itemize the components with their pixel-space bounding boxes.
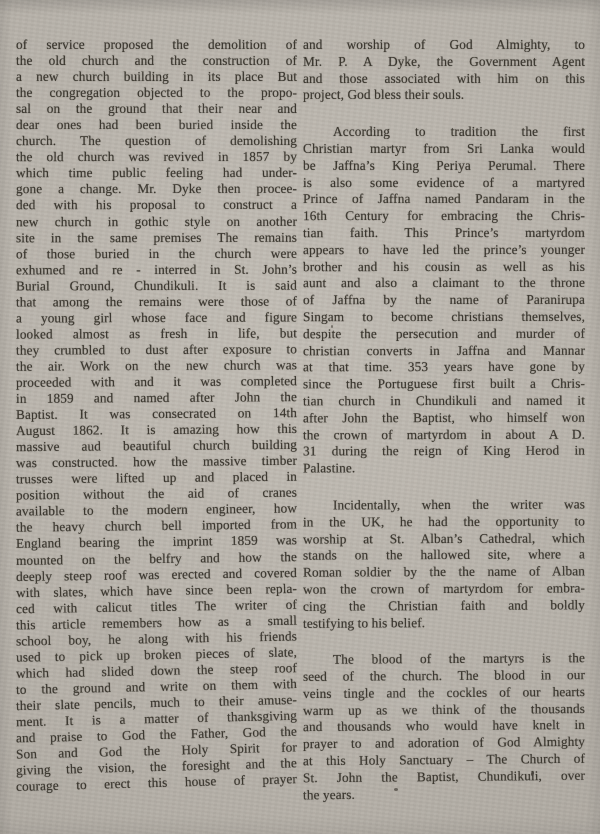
text-line: The blood of the martyrs is the — [303, 650, 585, 669]
text-line: 16th Century for embracing the Chris- — [303, 208, 585, 225]
text-line: stands on the hallowed site, where a — [303, 547, 585, 565]
paragraph: and worship of God Almighty, toMr. P. A … — [303, 37, 585, 104]
text-line: Prince of Jaffna named Pandaram in the — [303, 191, 585, 208]
text-line: seed of the church. The blood in our — [303, 667, 585, 686]
text-line: tian faith. This Prince’s martyrdom — [303, 225, 585, 242]
text-line: exhumed and re - interred in St. John’s — [16, 261, 297, 278]
text-line: project, God bless their souls. — [303, 87, 585, 104]
text-line: Burial Ground, Chundikuli. It is said — [16, 277, 297, 294]
ink-speck — [394, 788, 398, 791]
text-line: of those buried in the church were — [16, 245, 297, 262]
text-line: they crumbled to dust after exposure to — [16, 341, 297, 358]
text-line: brother and his cousin as well as his — [303, 258, 585, 275]
text-line: christian converts in Jaffna and Mannar — [303, 342, 585, 359]
text-line: of Jaffna by the name of Paranirupa — [303, 292, 585, 309]
paragraph: The blood of the martyrs is theseed of t… — [303, 651, 585, 802]
text-line: testifying to his belief. — [303, 614, 585, 632]
text-line: which time public feeling had under- — [16, 165, 297, 181]
text-line: Roman soldier by the the name of Alban — [303, 563, 585, 581]
text-line: since the Portuguese first built a Chris… — [303, 376, 585, 393]
right-column: and worship of God Almighty, toMr. P. A … — [303, 37, 585, 802]
text-line: a new church building in its place But — [16, 69, 297, 85]
text-line: and those associated with him on this — [303, 71, 585, 88]
text-line: 31 during the reign of King Herod in — [303, 443, 585, 461]
text-line: sal on the ground that their near and — [16, 101, 297, 117]
text-line: and worship of God Almighty, to — [303, 37, 585, 54]
text-line: new church in gothic style on another — [16, 213, 297, 229]
text-line: the years. — [303, 784, 585, 804]
text-line: tian church in Chundikuli and named it — [303, 393, 585, 410]
text-line: looked almost as fresh in life, but — [16, 325, 297, 342]
text-line: site in the same premises The remains — [16, 229, 297, 246]
paragraph: According to tradition the firstChristia… — [303, 124, 585, 477]
paragraph: Incidentally, when the writer wasin the … — [303, 497, 585, 631]
text-line: veins tingle and the cockles of our hear… — [303, 684, 585, 703]
text-line: in the UK, he had the opportunity to — [303, 513, 585, 531]
text-line: cing the Christian faith and boldly — [303, 597, 585, 615]
left-column: of service proposed the demolition ofthe… — [16, 37, 297, 791]
text-line: Incidentally, when the writer was — [303, 496, 585, 514]
text-line: ded with his proposal to construct a — [16, 197, 297, 213]
text-line: is also some evidence of a martyred — [303, 175, 585, 192]
ink-speck — [331, 325, 333, 328]
text-line: after John the Baptist, who himself won — [303, 409, 585, 427]
text-line: in 1859 and named after John the — [16, 389, 297, 407]
text-line: worship at St. Alban’s Cathedral, which — [303, 530, 585, 548]
text-line: despite the persecution and murder of — [303, 326, 585, 343]
text-line: won the crown of martyrdom for embra- — [303, 580, 585, 598]
text-line: of service proposed the demolition of — [16, 37, 297, 53]
text-line: a young girl whose face and figure — [16, 309, 297, 326]
text-line: the air. Work on the new church was — [16, 357, 297, 375]
scanned-page-photo: of service proposed the demolition ofthe… — [0, 0, 600, 834]
text-line: proceeded with and it was completed — [16, 373, 297, 391]
text-line: Christian martyr from Sri Lanka would — [303, 141, 585, 158]
text-line: the congregation objected to the propo- — [16, 85, 297, 101]
text-line: Palastine. — [303, 460, 585, 478]
text-line: the old church and the construction of — [16, 53, 297, 69]
text-line: that among the remains were those of — [16, 293, 297, 310]
text-line: According to tradition the first — [303, 124, 585, 141]
text-line: church. The question of demolishing — [16, 133, 297, 149]
text-line: appears to have led the prince’s younger — [303, 242, 585, 259]
text-line: the crown of martyrdom in about A D. — [303, 426, 585, 444]
text-line: be Jaffna’s King Periya Perumal. There — [303, 158, 585, 175]
text-line: dear ones had been buried inside the — [16, 117, 297, 133]
text-line: Singam to become christians themselves, — [303, 309, 585, 326]
text-line: Mr. P. A Dyke, the Government Agent — [303, 54, 585, 71]
text-line: aunt and also a claimant to the throne — [303, 275, 585, 292]
text-line: the old church was revived in 1857 by — [16, 149, 297, 165]
text-line: at that time. 353 years have gone by — [303, 359, 585, 376]
text-line: gone a change. Mr. Dyke then procee- — [16, 181, 297, 197]
